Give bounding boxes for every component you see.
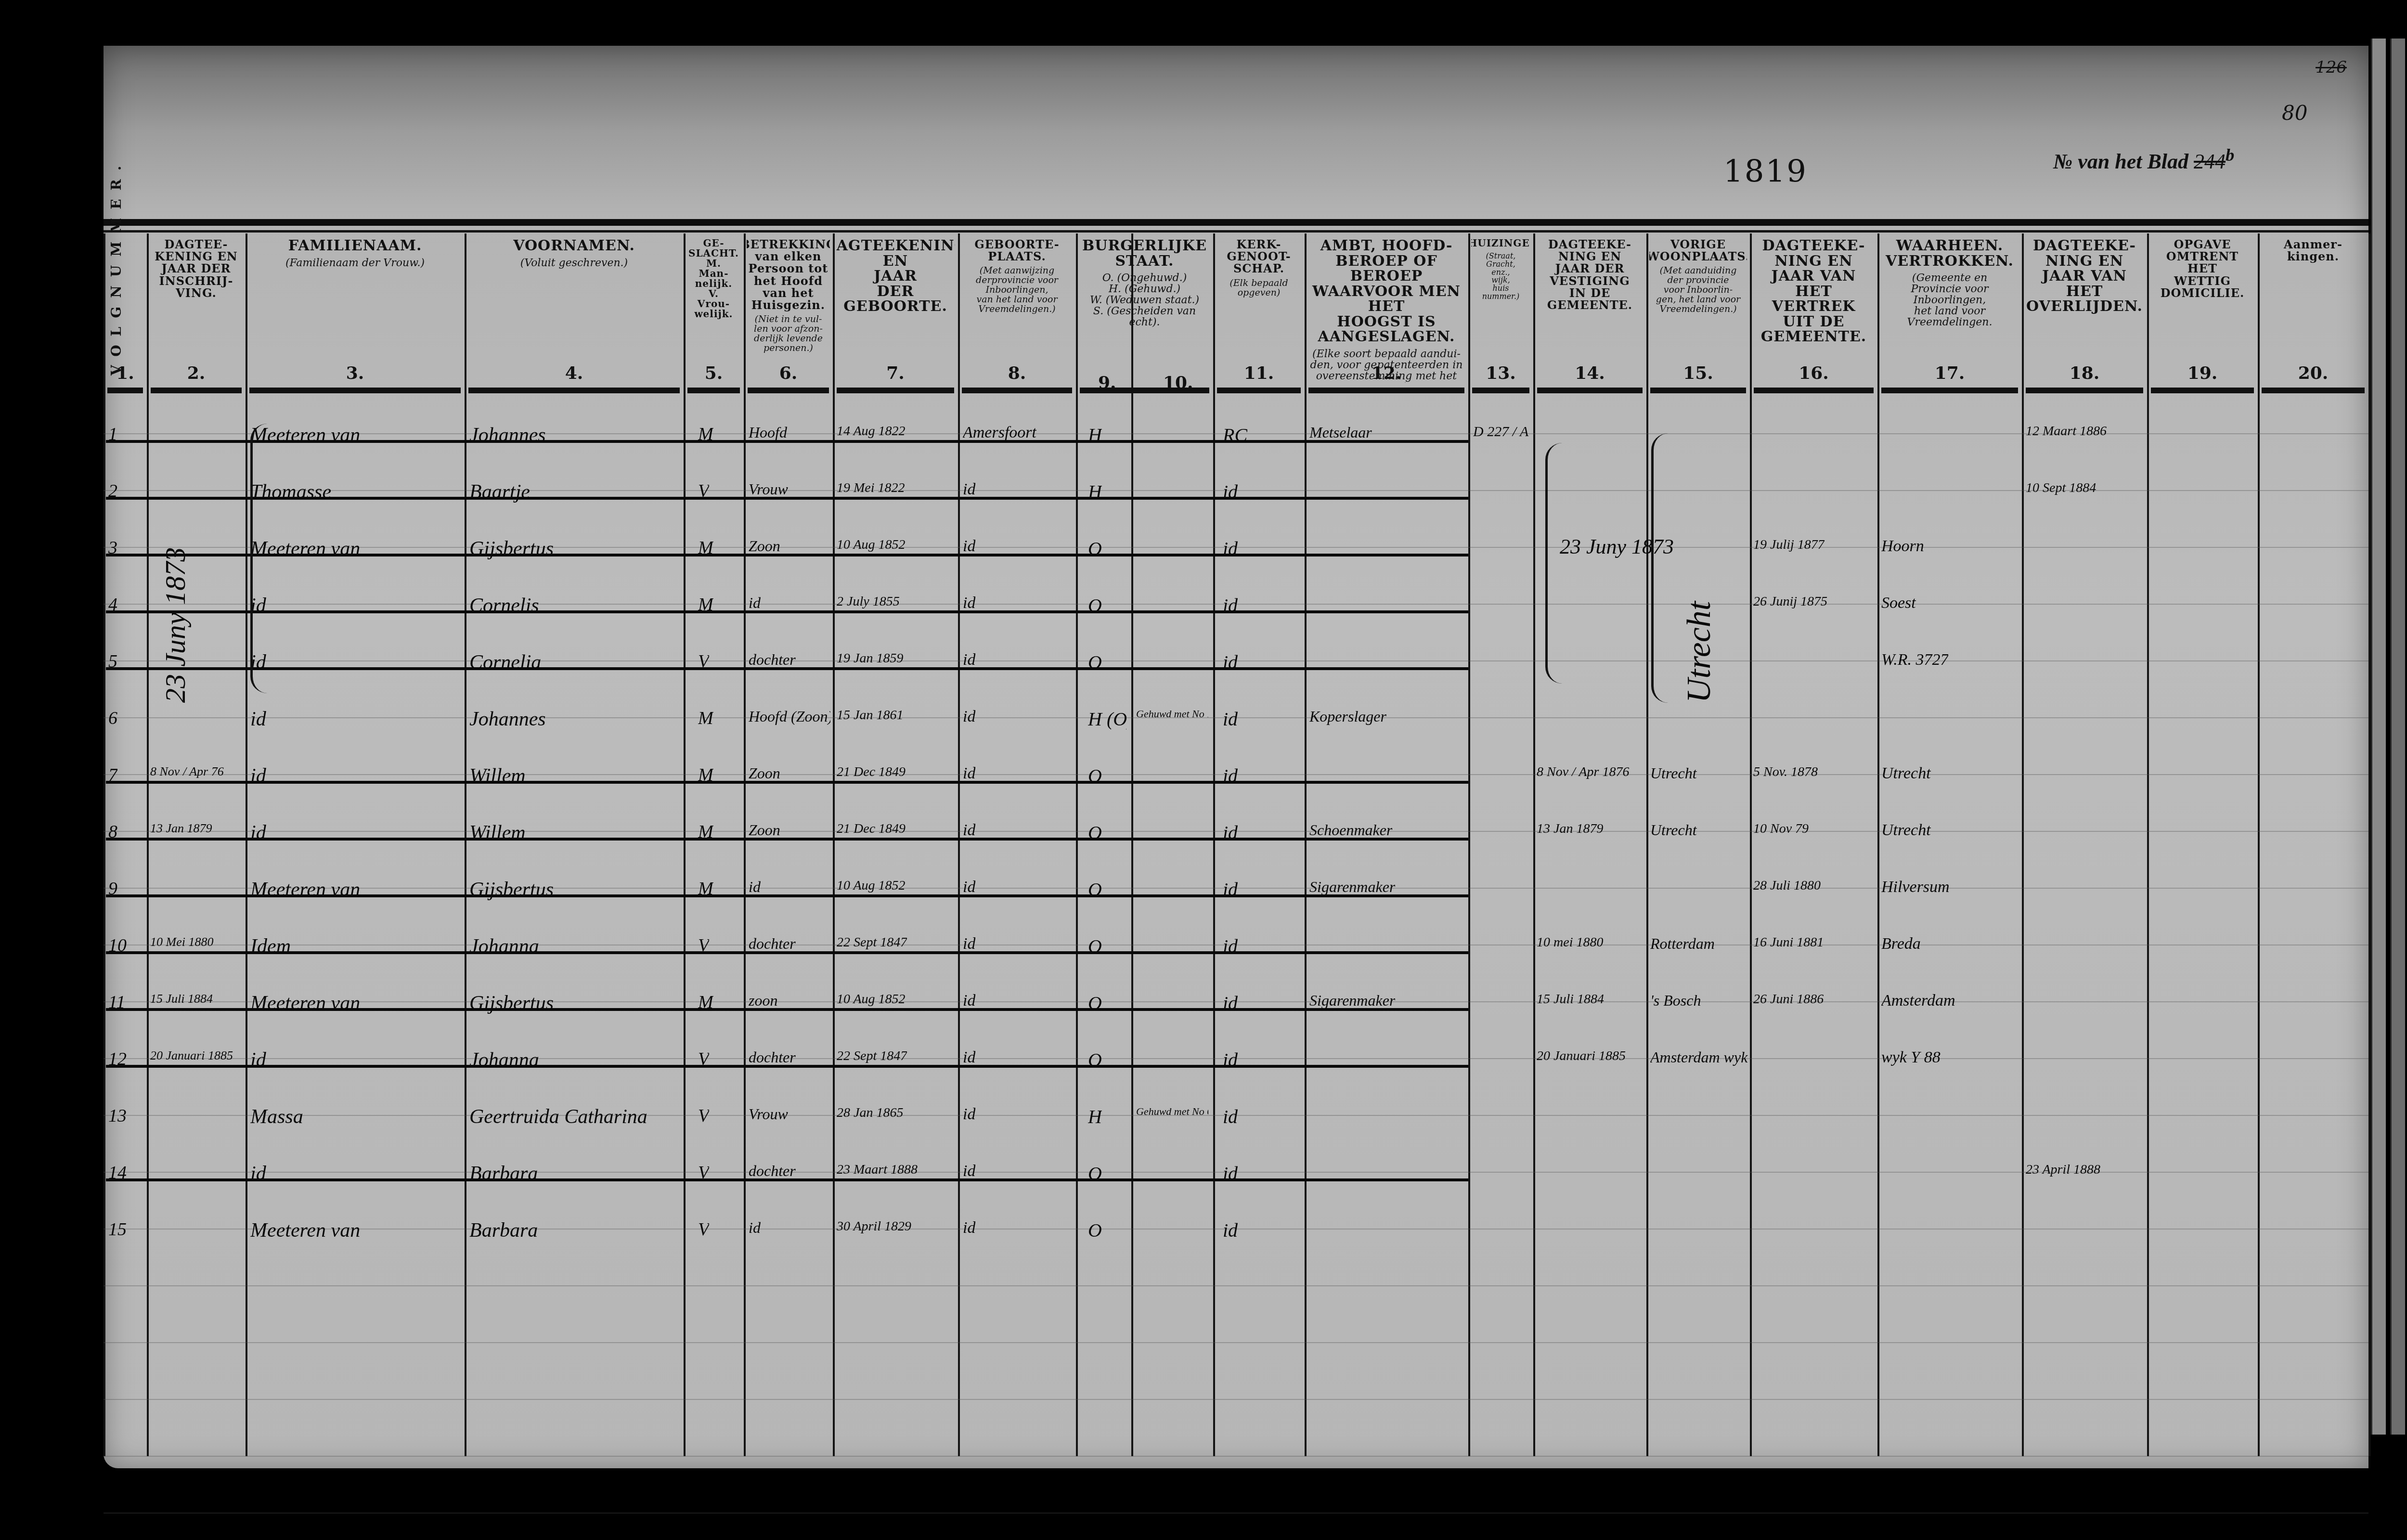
cell-inschr: 13 Jan 1879 bbox=[150, 821, 212, 836]
column-rule bbox=[833, 233, 835, 1456]
row-guide bbox=[104, 1513, 2368, 1514]
cell-betrekking: Hoofd bbox=[749, 424, 787, 441]
cell-voornamen: Geertruida Catharina bbox=[469, 1105, 647, 1128]
bracket bbox=[250, 424, 267, 693]
cell-geboorte: 28 Jan 1865 bbox=[837, 1105, 903, 1121]
cell-geboorteplaats: id bbox=[963, 480, 975, 499]
vorige-woonplaats-bracketed: Utrecht bbox=[1680, 481, 1719, 703]
cell-geboorte: 19 Mei 1822 bbox=[837, 480, 905, 496]
header-underline bbox=[962, 388, 1072, 393]
column-subtitle: (Familienaam der Vrouw.) bbox=[285, 258, 425, 269]
page-edge bbox=[2371, 39, 2386, 1435]
header-underline bbox=[1881, 388, 2018, 393]
cell-staat: H (O) bbox=[1088, 708, 1126, 730]
header-underline bbox=[1650, 388, 1746, 393]
cell-betrekking: id bbox=[749, 594, 761, 612]
cell-betrekking: Vrouw bbox=[749, 480, 788, 498]
cell-voornamen: Cornelia bbox=[469, 651, 541, 674]
cell-voornamen: Johanna bbox=[469, 1048, 539, 1072]
cell-familienaam: id bbox=[250, 821, 266, 844]
header-underline bbox=[2262, 388, 2365, 393]
column-header-9: BURGERLIJKE STAAT.O. (Ongehuwd.) H. (Geh… bbox=[1079, 238, 1210, 392]
cell-betrekking: Zoon bbox=[749, 537, 780, 555]
cell-betrekking: id bbox=[749, 1219, 761, 1237]
column-rule bbox=[684, 233, 686, 1456]
column-rule bbox=[1533, 233, 1535, 1456]
cell-voornamen: Gijsbertus bbox=[469, 537, 554, 560]
cell-waarheen: Utrecht bbox=[1881, 764, 1931, 783]
cell-betrekking: dochter bbox=[749, 1162, 796, 1180]
cell-kerk: id bbox=[1223, 1105, 1238, 1128]
column-number: 17. bbox=[1935, 364, 1965, 383]
cell-waarheen: Hoorn bbox=[1881, 537, 1924, 556]
column-header-2: DAGTEE- KENING EN JAAR DER INSCHRIJ- VIN… bbox=[150, 238, 243, 383]
cell-huizinge: D 227 / A by bbox=[1473, 424, 1531, 440]
cell-waarheen: Utrecht bbox=[1881, 821, 1931, 840]
cell-geboorte: 2 July 1855 bbox=[837, 594, 900, 609]
cell-geboorte: 10 Aug 1852 bbox=[837, 992, 906, 1007]
blad-label: № van het Blad 244b bbox=[2053, 144, 2234, 174]
cell-voornamen: Willem bbox=[469, 764, 526, 788]
cell-vestiging: 15 Juli 1884 bbox=[1537, 992, 1604, 1007]
column-rule bbox=[1305, 233, 1307, 1456]
cell-familienaam: id bbox=[250, 1162, 266, 1185]
column-number: 13. bbox=[1486, 364, 1516, 383]
column-number: 18. bbox=[2070, 364, 2100, 383]
cell-voornamen: Johanna bbox=[469, 935, 539, 958]
cell-geboorteplaats: id bbox=[963, 935, 975, 953]
column-rule bbox=[1646, 233, 1648, 1456]
cell-geslacht: M bbox=[698, 708, 713, 729]
column-header-12: HUIZINGE.(Straat, Gracht, enz., wijk, hu… bbox=[1471, 238, 1530, 383]
cell-voornamen: Barbara bbox=[469, 1162, 538, 1185]
header-underline bbox=[2151, 388, 2254, 393]
cell-geboorteplaats: id bbox=[963, 594, 975, 612]
cell-waarheen: W.R. 3727 bbox=[1881, 651, 1948, 669]
cell-geboorte: 22 Sept 1847 bbox=[837, 1048, 907, 1064]
column-number: 20. bbox=[2298, 364, 2329, 383]
column-number: 6. bbox=[779, 364, 798, 383]
column-number: 8. bbox=[1008, 364, 1026, 383]
column-header-4: VOORNAMEN.(Voluit geschreven.)4. bbox=[467, 238, 681, 383]
cell-familienaam: Idem bbox=[250, 935, 291, 958]
row-guide bbox=[104, 1456, 2368, 1457]
column-title: HUIZINGE. bbox=[1471, 238, 1530, 248]
strike-through-line bbox=[106, 781, 1468, 784]
column-title: DAGTEEKENING EN JAAR DER GEBOORTE. bbox=[836, 238, 955, 314]
cell-geboorte: 22 Sept 1847 bbox=[837, 935, 907, 950]
column-rule bbox=[1076, 233, 1078, 1456]
header-underline bbox=[837, 388, 954, 393]
cell-geboorte: 14 Aug 1822 bbox=[837, 424, 906, 439]
cell-inschr: 10 Mei 1880 bbox=[150, 935, 213, 949]
cell-familienaam: Meeteren van bbox=[250, 878, 360, 901]
cell-voornamen: Barbara bbox=[469, 1219, 538, 1242]
cell-vestiging: 8 Nov / Apr 1876 bbox=[1537, 764, 1629, 780]
column-header-10: KERK- GENOOT- SCHAP.(Elk bepaald opgeven… bbox=[1216, 238, 1302, 383]
column-title: FAMILIENAAM. bbox=[288, 238, 422, 254]
column-title: AMBT, HOOFD- BEROEP OF BEROEP WAARVOOR M… bbox=[1307, 238, 1465, 345]
cell-geboorteplaats: id bbox=[963, 878, 975, 896]
header-underline bbox=[468, 388, 680, 393]
cell-familienaam: Massa bbox=[250, 1105, 303, 1128]
column-number: 5. bbox=[705, 364, 723, 383]
cell-voornamen: Cornelis bbox=[469, 594, 539, 617]
cell-waarheen: wyk Y 88 bbox=[1881, 1048, 1941, 1067]
header-underline bbox=[1080, 388, 1209, 393]
cell-staat_wijz: Gehuwd met No 6 bbox=[1136, 1105, 1208, 1118]
cell-geboorte: 30 April 1829 bbox=[837, 1219, 911, 1234]
column-subtitle: (Elk bepaald opgeven) bbox=[1229, 279, 1288, 298]
column-title: WAARHEEN. VERTROKKEN. bbox=[1886, 238, 2014, 269]
column-rule bbox=[104, 233, 105, 1456]
cell-geboorteplaats: id bbox=[963, 1162, 975, 1180]
cell-inschr: 8 Nov / Apr 76 bbox=[150, 764, 224, 779]
cell-staat_wijz: Gehuwd met No 13 bbox=[1136, 708, 1208, 720]
cell-geboorteplaats: id bbox=[963, 708, 975, 726]
cell-inschr: 15 Juli 1884 bbox=[150, 992, 213, 1006]
cell-vorige: Amsterdam wyk F 494 bbox=[1650, 1048, 1749, 1066]
cell-vorige: Utrecht bbox=[1650, 821, 1697, 839]
cell-geboorte: 10 Aug 1852 bbox=[837, 537, 906, 553]
cell-familienaam: id bbox=[250, 708, 266, 731]
cell-betrekking: dochter bbox=[749, 1048, 796, 1066]
header-underline bbox=[151, 388, 242, 393]
column-header-15: DAGTEEKE- NING EN JAAR VAN HET VERTREK U… bbox=[1753, 238, 1875, 383]
column-subtitle: (Niet in te vul- len voor afzon- derlijk… bbox=[754, 315, 823, 353]
cell-waarheen: Breda bbox=[1881, 935, 1921, 953]
year-stamp: 1819 bbox=[1723, 154, 1808, 190]
cell-vestiging: 10 mei 1880 bbox=[1537, 935, 1603, 950]
cell-betrekking: dochter bbox=[749, 651, 796, 669]
cell-geslacht: V bbox=[698, 1219, 709, 1240]
column-title: BETREKKING van elken Persoon tot het Hoo… bbox=[747, 238, 830, 311]
strike-through-line bbox=[106, 951, 1468, 954]
cell-geboorte: 23 Maart 1888 bbox=[837, 1162, 918, 1178]
cell-voornamen: Johannes bbox=[469, 708, 546, 731]
column-number: 14. bbox=[1575, 364, 1605, 383]
column-rule bbox=[1213, 233, 1215, 1456]
column-subtitle: O. (Ongehuwd.) H. (Gehuwd.) W. (Weduwen … bbox=[1079, 272, 1210, 328]
bracket bbox=[1651, 433, 1668, 703]
column-subtitle: (Gemeente en Provincie voor Inboorlingen… bbox=[1907, 272, 1993, 328]
column-number: 15. bbox=[1683, 364, 1713, 383]
page-edge bbox=[2390, 39, 2405, 1435]
column-title: DAGTEEKE- NING EN JAAR DER VESTIGING IN … bbox=[1547, 238, 1632, 311]
volgnummer-title: VOLGNUMMER. bbox=[108, 241, 142, 375]
column-rule bbox=[1877, 233, 1879, 1456]
cell-overlijden: 12 Maart 1886 bbox=[2026, 424, 2107, 439]
column-number: 3. bbox=[346, 364, 364, 383]
column-title: DAGTEEKE- NING EN JAAR VAN HET VERTREK U… bbox=[1753, 238, 1875, 345]
column-title: BURGERLIJKE STAAT. bbox=[1079, 238, 1210, 269]
column-header-19: Aanmer- kingen.20. bbox=[2261, 238, 2366, 383]
header-rule-thin bbox=[104, 230, 2368, 233]
cell-beroep: Metselaar bbox=[1309, 424, 1372, 441]
cell-overlijden: 10 Sept 1884 bbox=[2026, 480, 2096, 496]
column-rule bbox=[246, 233, 247, 1456]
cell-betrekking: Hoofd (Zoon) bbox=[749, 708, 830, 725]
cell-geboorte: 10 Aug 1852 bbox=[837, 878, 906, 893]
column-header-5: GE- SLACHT. M. Man- nelijk. V. Vrou- wel… bbox=[686, 238, 741, 383]
column-title: KERK- GENOOT- SCHAP. bbox=[1227, 238, 1291, 275]
bracket bbox=[1545, 443, 1562, 684]
strike-through-line bbox=[106, 667, 1468, 670]
cell-geboorte: 21 Dec 1849 bbox=[837, 764, 906, 780]
cell-geboorte: 21 Dec 1849 bbox=[837, 821, 906, 837]
strike-through-line bbox=[106, 610, 1468, 613]
cell-nr: 6 bbox=[108, 708, 117, 729]
column-title: Aanmer- kingen. bbox=[2284, 238, 2342, 262]
header-underline bbox=[1754, 388, 1874, 393]
blad-number: 244 bbox=[2194, 150, 2226, 173]
blad-number-above: 80 bbox=[2282, 101, 2307, 125]
header-underline bbox=[748, 388, 829, 393]
strike-through-line bbox=[106, 838, 1468, 841]
cell-beroep: Sigarenmaker bbox=[1309, 878, 1395, 896]
blad-label-text: № van het Blad bbox=[2053, 150, 2188, 173]
cell-vertrek: 28 Juli 1880 bbox=[1753, 878, 1821, 893]
column-rule bbox=[744, 233, 746, 1456]
row-guide bbox=[104, 1285, 2368, 1286]
column-header-13: DAGTEEKE- NING EN JAAR DER VESTIGING IN … bbox=[1536, 238, 1643, 383]
bracket-date-inschrijving: 23 Juny 1873 bbox=[159, 462, 192, 703]
cell-beroep: Schoenmaker bbox=[1309, 821, 1392, 839]
column-rule bbox=[2147, 233, 2149, 1456]
column-header-3: FAMILIENAAM.(Familienaam der Vrouw.)3. bbox=[248, 238, 462, 383]
cell-familienaam: id bbox=[250, 764, 266, 788]
column-number: 16. bbox=[1799, 364, 1829, 383]
cell-betrekking: Vrouw bbox=[749, 1105, 788, 1123]
strike-through-line bbox=[106, 440, 1468, 443]
column-rule bbox=[147, 233, 149, 1456]
cell-geboorteplaats: id bbox=[963, 1219, 975, 1237]
cell-vertrek: 26 Juni 1886 bbox=[1753, 992, 1824, 1007]
row-guide bbox=[104, 1342, 2368, 1343]
cell-geboorteplaats: id bbox=[963, 1105, 975, 1124]
cell-familienaam: id bbox=[250, 1048, 266, 1072]
header-underline bbox=[1537, 388, 1643, 393]
cell-geboorteplaats: id bbox=[963, 764, 975, 783]
cell-vertrek: 16 Juni 1881 bbox=[1753, 935, 1824, 950]
column-number: 4. bbox=[565, 364, 583, 383]
cell-kerk: id bbox=[1223, 1219, 1238, 1242]
column-rule bbox=[2258, 233, 2260, 1456]
header-rule bbox=[104, 219, 2368, 226]
cell-betrekking: Zoon bbox=[749, 821, 780, 839]
column-rule bbox=[958, 233, 960, 1456]
cell-voornamen: Johannes bbox=[469, 424, 546, 447]
column-title: OPGAVE OMTRENT HET WETTIG DOMICILIE. bbox=[2150, 238, 2255, 299]
column-title: GEBOORTE- PLAATS. bbox=[974, 238, 1059, 262]
cell-staat: H bbox=[1088, 1105, 1102, 1128]
column-subtitle: (Met aanwijzing derprovincie voor Inboor… bbox=[976, 266, 1058, 314]
column-subtitle: (Voluit geschreven.) bbox=[520, 258, 628, 269]
column-number: 19. bbox=[2187, 364, 2218, 383]
column-rule bbox=[465, 233, 466, 1456]
cell-geboorte: 15 Jan 1861 bbox=[837, 708, 903, 723]
cell-betrekking: dochter bbox=[749, 935, 796, 953]
strike-through-line bbox=[106, 894, 1468, 897]
cell-inschr: 20 Januari 1885 bbox=[150, 1048, 233, 1063]
column-title: VOORNAMEN. bbox=[513, 238, 635, 254]
strike-through-line bbox=[106, 1008, 1468, 1011]
strike-through-line bbox=[106, 1178, 1468, 1181]
column-title: VORIGE WOONPLAATS. bbox=[1649, 238, 1747, 262]
cell-vorige: Rotterdam bbox=[1650, 935, 1715, 953]
cell-nr: 13 bbox=[108, 1105, 127, 1126]
cell-vestiging: 13 Jan 1879 bbox=[1537, 821, 1603, 837]
cell-geboorteplaats: Amersfoort bbox=[963, 424, 1036, 442]
column-rule bbox=[2022, 233, 2024, 1456]
cell-vestiging: 20 Januari 1885 bbox=[1537, 1048, 1626, 1064]
column-header-18: OPGAVE OMTRENT HET WETTIG DOMICILIE.19. bbox=[2150, 238, 2255, 383]
cell-vorige: 's Bosch bbox=[1650, 992, 1701, 1009]
column-rule bbox=[1131, 233, 1133, 1456]
strike-through-line bbox=[106, 497, 1468, 500]
column-header-16: WAARHEEN. VERTROKKEN.(Gemeente en Provin… bbox=[1880, 238, 2019, 383]
cell-vertrek: 19 Julij 1877 bbox=[1753, 537, 1825, 553]
blad-suffix: b bbox=[2226, 145, 2234, 165]
cell-waarheen: Amsterdam bbox=[1881, 992, 1955, 1010]
header-underline bbox=[107, 388, 143, 393]
cell-betrekking: zoon bbox=[749, 992, 777, 1009]
column-rule bbox=[1750, 233, 1752, 1456]
cell-vertrek: 5 Nov. 1878 bbox=[1753, 764, 1818, 780]
cell-geboorteplaats: id bbox=[963, 1048, 975, 1067]
header-underline bbox=[687, 388, 740, 393]
column-header-8: GEBOORTE- PLAATS.(Met aanwijzing derprov… bbox=[961, 238, 1073, 383]
strike-through-line bbox=[106, 1065, 1468, 1068]
strike-through-line bbox=[106, 554, 1468, 556]
column-rule bbox=[1468, 233, 1470, 1456]
cell-vorige: Utrecht bbox=[1650, 764, 1697, 782]
cell-voornamen: Willem bbox=[469, 821, 526, 844]
column-header-14: VORIGE WOONPLAATS.(Met aanduiding der pr… bbox=[1649, 238, 1747, 383]
column-header-7: DAGTEEKENING EN JAAR DER GEBOORTE.7. bbox=[836, 238, 955, 383]
cell-kerk: id bbox=[1223, 708, 1238, 730]
cell-geboorteplaats: id bbox=[963, 651, 975, 669]
column-subtitle: (Straat, Gracht, enz., wijk, huis nummer… bbox=[1482, 252, 1520, 301]
cell-geboorteplaats: id bbox=[963, 992, 975, 1010]
cell-familienaam: Meeteren van bbox=[250, 992, 360, 1015]
column-rule bbox=[2368, 233, 2370, 1456]
cell-vertrek: 10 Nov 79 bbox=[1753, 821, 1809, 837]
cell-familienaam: Meeteren van bbox=[250, 1219, 360, 1242]
cell-waarheen: Soest bbox=[1881, 594, 1916, 612]
header-underline bbox=[249, 388, 461, 393]
cell-geboorte: 19 Jan 1859 bbox=[837, 651, 903, 666]
header-underline bbox=[1472, 388, 1529, 393]
cell-voornamen: Gijsbertus bbox=[469, 878, 554, 901]
row-guide bbox=[104, 1399, 2368, 1400]
header-underline bbox=[1217, 388, 1301, 393]
column-title: DAGTEEKE- NING EN JAAR VAN HET OVERLIJDE… bbox=[2025, 238, 2144, 314]
cell-voornamen: Baartje bbox=[469, 480, 530, 504]
column-subtitle: (Met aanduiding der provincie voor Inboo… bbox=[1656, 266, 1740, 314]
corner-number: 126 bbox=[2316, 58, 2347, 77]
cell-betrekking: Zoon bbox=[749, 764, 780, 782]
cell-voornamen: Gijsbertus bbox=[469, 992, 554, 1015]
column-number: 7. bbox=[886, 364, 905, 383]
column-number: 12. bbox=[1372, 364, 1402, 383]
cell-betrekking: id bbox=[749, 878, 761, 896]
cell-beroep: Koperslager bbox=[1309, 708, 1386, 725]
header-underline bbox=[1308, 388, 1464, 393]
column-title: GE- SLACHT. M. Man- nelijk. V. Vrou- wel… bbox=[688, 238, 739, 319]
header-underline bbox=[2026, 388, 2143, 393]
cell-beroep: Sigarenmaker bbox=[1309, 992, 1395, 1009]
cell-geboorteplaats: id bbox=[963, 821, 975, 840]
column-header-6: BETREKKING van elken Persoon tot het Hoo… bbox=[747, 238, 830, 383]
column-title: DAGTEE- KENING EN JAAR DER INSCHRIJ- VIN… bbox=[155, 238, 237, 299]
cell-vertrek: 26 Junij 1875 bbox=[1753, 594, 1827, 609]
cell-overlijden: 23 April 1888 bbox=[2026, 1162, 2100, 1178]
column-number: 11. bbox=[1244, 364, 1274, 383]
cell-nr: 15 bbox=[108, 1219, 127, 1240]
column-number: 2. bbox=[187, 364, 206, 383]
cell-geboorteplaats: id bbox=[963, 537, 975, 556]
cell-waarheen: Hilversum bbox=[1881, 878, 1950, 896]
column-header-17: DAGTEEKE- NING EN JAAR VAN HET OVERLIJDE… bbox=[2025, 238, 2144, 383]
column-header-11: AMBT, HOOFD- BEROEP OF BEROEP WAARVOOR M… bbox=[1307, 238, 1465, 383]
cell-geslacht: V bbox=[698, 1105, 709, 1126]
cell-staat: O bbox=[1088, 1219, 1102, 1242]
